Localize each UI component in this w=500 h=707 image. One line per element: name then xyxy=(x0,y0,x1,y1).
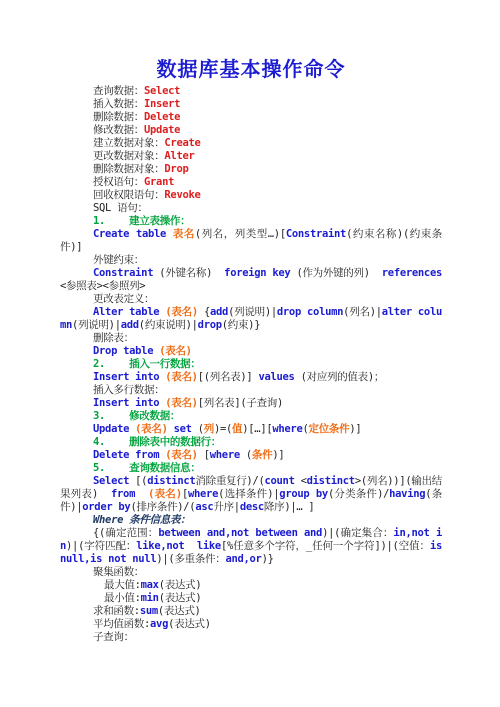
text-segment: Constraint xyxy=(286,228,346,240)
text-segment: (表名) xyxy=(165,371,197,383)
doc-line: 建立数据对象：Create xyxy=(60,137,442,150)
text-segment: asc xyxy=(195,501,213,513)
text-segment: [( xyxy=(129,475,147,487)
text-segment: (表名) xyxy=(159,345,191,357)
doc-line: 3. 修改数据： xyxy=(60,410,442,423)
text-segment: and,or xyxy=(225,553,261,565)
doc-line: 删除数据：Delete xyxy=(60,111,442,124)
text-segment: (列说明)| xyxy=(72,319,121,331)
text-segment: 插入多行数据： xyxy=(93,384,164,396)
doc-line: 回收权限语句：Revoke xyxy=(60,189,442,202)
doc-line: 4. 删除表中的数据行： xyxy=(60,436,442,449)
doc-line: 更改表定义： xyxy=(60,293,442,306)
text-segment: Insert into xyxy=(93,371,165,383)
text-segment: order by xyxy=(82,501,130,513)
text-segment: 4. 删除表中的数据行： xyxy=(93,436,221,448)
text-segment: values xyxy=(258,371,294,383)
text-segment: (对应列的值表)； xyxy=(295,371,384,383)
text-segment: ( xyxy=(240,449,252,461)
text-segment: count xyxy=(264,475,294,487)
text-segment: (表名) xyxy=(148,488,182,500)
doc-line: 求和函数:sum(表达式) xyxy=(60,605,442,618)
text-segment: 授权语句： xyxy=(93,176,144,188)
text-segment: 更改表定义： xyxy=(93,293,154,305)
text-segment: 删除数据对象： xyxy=(93,163,164,175)
doc-line: 最小值:min(表达式) xyxy=(60,592,442,605)
doc-line: SQL 语句： xyxy=(60,202,442,215)
text-segment: [列名表](子查询) xyxy=(198,397,283,409)
text-segment: [(列名表)] xyxy=(198,371,259,383)
text-segment: (外键名称) xyxy=(153,267,224,279)
text-segment: (列说明)| xyxy=(228,306,277,318)
text-segment: references xyxy=(382,267,442,279)
text-segment: like,not like xyxy=(136,540,221,552)
text-segment: (表达式) xyxy=(158,605,201,617)
doc-line: Select [(distinct消除重复行)/(count <distinct… xyxy=(60,475,442,514)
doc-line: 删除表： xyxy=(60,332,442,345)
text-segment: 外键约束： xyxy=(93,254,144,266)
text-segment: distinct xyxy=(147,475,195,487)
text-segment: )=( xyxy=(214,423,232,435)
doc-line: Update (表名) set (列)=(值)[…][where(定位条件)] xyxy=(60,423,442,436)
text-segment: from xyxy=(111,488,135,500)
doc-line: 外键约束： xyxy=(60,254,442,267)
text-segment: )[…][ xyxy=(242,423,272,435)
text-segment: (分类条件)/ xyxy=(328,488,389,500)
text-segment: 最小值: xyxy=(104,592,141,604)
text-segment: 子查询： xyxy=(93,631,134,643)
text-segment: Delete xyxy=(144,111,180,123)
text-segment: 5. 查询数据信息： xyxy=(93,462,201,474)
text-segment: Constraint xyxy=(93,267,153,279)
text-segment: group by xyxy=(279,488,328,500)
text-segment: where xyxy=(210,449,240,461)
text-segment: Where 条件信息表： xyxy=(93,514,190,526)
text-segment: {(确定范围： xyxy=(93,527,158,539)
text-segment: Drop table xyxy=(93,345,159,357)
text-segment: 表名 xyxy=(173,228,195,240)
text-segment: Select xyxy=(144,85,180,97)
text-segment: 消除重复行)/( xyxy=(195,475,264,487)
text-segment: 平均值函数: xyxy=(93,618,150,630)
text-segment: 降序)|… ] xyxy=(264,501,315,513)
text-segment: Create xyxy=(164,137,200,149)
text-segment: max xyxy=(141,579,159,591)
doc-line: 子查询： xyxy=(60,631,442,644)
text-segment: where xyxy=(272,423,302,435)
text-segment: drop xyxy=(198,319,222,331)
doc-line: 聚集函数： xyxy=(60,566,442,579)
doc-line: Insert into (表名)[(列名表)] values (对应列的值表)； xyxy=(60,371,442,384)
text-segment: ( xyxy=(192,423,204,435)
page-title: 数据库基本操作命令 xyxy=(60,56,442,82)
text-segment: Revoke xyxy=(164,189,200,201)
text-segment: )|(确定集合： xyxy=(322,527,393,539)
doc-line: Delete from (表名) [where (条件)] xyxy=(60,449,442,462)
text-segment: min xyxy=(141,592,159,604)
text-segment: Drop xyxy=(164,163,188,175)
text-segment: 升序| xyxy=(213,501,239,513)
text-segment: (列名)| xyxy=(343,306,382,318)
text-segment: (表达式) xyxy=(159,579,202,591)
text-segment: (选择条件)| xyxy=(218,488,279,500)
text-segment: )] xyxy=(349,423,361,435)
text-segment: (列名，列类型…)[ xyxy=(195,228,286,240)
doc-line: Create table 表名(列名，列类型…)[Constraint(约束名称… xyxy=(60,228,442,254)
text-segment: 删除表： xyxy=(93,332,134,344)
text-segment: Alter table xyxy=(93,306,165,318)
text-segment xyxy=(135,488,148,500)
text-segment: Update xyxy=(144,124,180,136)
doc-line: Where 条件信息表： xyxy=(60,514,442,527)
doc-line: 查询数据：Select xyxy=(60,85,442,98)
text-segment: (表名) xyxy=(135,423,167,435)
text-segment: Select xyxy=(93,475,129,487)
text-segment: 插入数据： xyxy=(93,98,144,110)
text-segment: [ xyxy=(198,449,210,461)
doc-line: 更改数据对象：Alter xyxy=(60,150,442,163)
text-segment: between and,not between and xyxy=(158,527,322,539)
text-segment: Insert xyxy=(144,98,180,110)
text-segment: 定位条件 xyxy=(309,423,350,435)
text-segment: 删除数据： xyxy=(93,111,144,123)
text-segment: (表名) xyxy=(165,449,197,461)
text-segment: (表达式) xyxy=(168,618,211,630)
text-segment: 条件 xyxy=(252,449,272,461)
text-segment: 修改数据： xyxy=(93,124,144,136)
text-segment: desc xyxy=(240,501,264,513)
text-segment: )|(字符匹配： xyxy=(66,540,136,552)
text-segment: 1. 建立表操作： xyxy=(93,215,190,227)
text-segment: Create table xyxy=(93,228,173,240)
text-segment: )] xyxy=(272,449,284,461)
text-segment: 查询数据： xyxy=(93,85,144,97)
text-segment: sum xyxy=(140,605,158,617)
text-segment: (排序条件)/( xyxy=(130,501,195,513)
text-segment: 聚集函数： xyxy=(93,566,144,578)
text-segment: )|(多重条件： xyxy=(156,553,225,565)
text-segment: (表达式) xyxy=(159,592,202,604)
text-segment: SQL 语句： xyxy=(93,202,148,214)
text-segment: Update xyxy=(93,423,135,435)
doc-line: 授权语句：Grant xyxy=(60,176,442,189)
document-body: 查询数据：Select插入数据：Insert删除数据：Delete修改数据：Up… xyxy=(60,85,442,644)
doc-line: {(确定范围：between and,not between and)|(确定集… xyxy=(60,527,442,566)
doc-line: 修改数据：Update xyxy=(60,124,442,137)
doc-line: 5. 查询数据信息： xyxy=(60,462,442,475)
text-segment: Delete from xyxy=(93,449,165,461)
text-segment: drop column xyxy=(277,306,343,318)
doc-line: 插入数据：Insert xyxy=(60,98,442,111)
text-segment: [%任意多个字符，_任何一个字符])|(空值： xyxy=(221,540,430,552)
text-segment: (表名) xyxy=(165,306,198,318)
doc-line: Constraint (外键名称) foreign key (作为外键的列) r… xyxy=(60,267,442,293)
doc-line: 1. 建立表操作： xyxy=(60,215,442,228)
text-segment: set xyxy=(174,423,192,435)
text-segment: 最大值: xyxy=(104,579,141,591)
text-segment: 3. 修改数据： xyxy=(93,410,180,422)
doc-line: 删除数据对象：Drop xyxy=(60,163,442,176)
text-segment: (约束说明)| xyxy=(139,319,198,331)
text-segment: distinct xyxy=(307,475,355,487)
doc-line: Insert into (表名)[列名表](子查询) xyxy=(60,397,442,410)
text-segment: 更改数据对象： xyxy=(93,150,164,162)
doc-line: 插入多行数据： xyxy=(60,384,442,397)
text-segment: (约束)} xyxy=(222,319,260,331)
text-segment: 2. 插入一行数据： xyxy=(93,358,201,370)
text-segment: add xyxy=(210,306,228,318)
doc-line: 平均值函数:avg(表达式) xyxy=(60,618,442,631)
text-segment: (表名) xyxy=(165,397,197,409)
text-segment: Alter xyxy=(164,150,194,162)
doc-line: Alter table (表名) {add(列说明)|drop column(列… xyxy=(60,306,442,332)
text-segment: Grant xyxy=(144,176,174,188)
text-segment: avg xyxy=(150,618,168,630)
text-segment: 回收权限语句： xyxy=(93,189,164,201)
text-segment: Insert into xyxy=(93,397,165,409)
text-segment: { xyxy=(198,306,210,318)
doc-line: 最大值:max(表达式) xyxy=(60,579,442,592)
document-page: 数据库基本操作命令 查询数据：Select插入数据：Insert删除数据：Del… xyxy=(0,0,500,707)
text-segment: 值 xyxy=(232,423,242,435)
text-segment: add xyxy=(121,319,139,331)
doc-line: 2. 插入一行数据： xyxy=(60,358,442,371)
text-segment: 求和函数: xyxy=(93,605,140,617)
text-segment: < xyxy=(295,475,307,487)
text-segment: 建立数据对象： xyxy=(93,137,164,149)
document-content: 数据库基本操作命令 查询数据：Select插入数据：Insert删除数据：Del… xyxy=(60,56,442,644)
text-segment: foreign key xyxy=(224,267,290,279)
text-segment: )} xyxy=(262,553,274,565)
text-segment: 列 xyxy=(204,423,214,435)
text-segment: where xyxy=(188,488,218,500)
text-segment: having xyxy=(389,488,425,500)
text-segment: (作为外键的列) xyxy=(290,267,381,279)
doc-line: Drop table (表名) xyxy=(60,345,442,358)
